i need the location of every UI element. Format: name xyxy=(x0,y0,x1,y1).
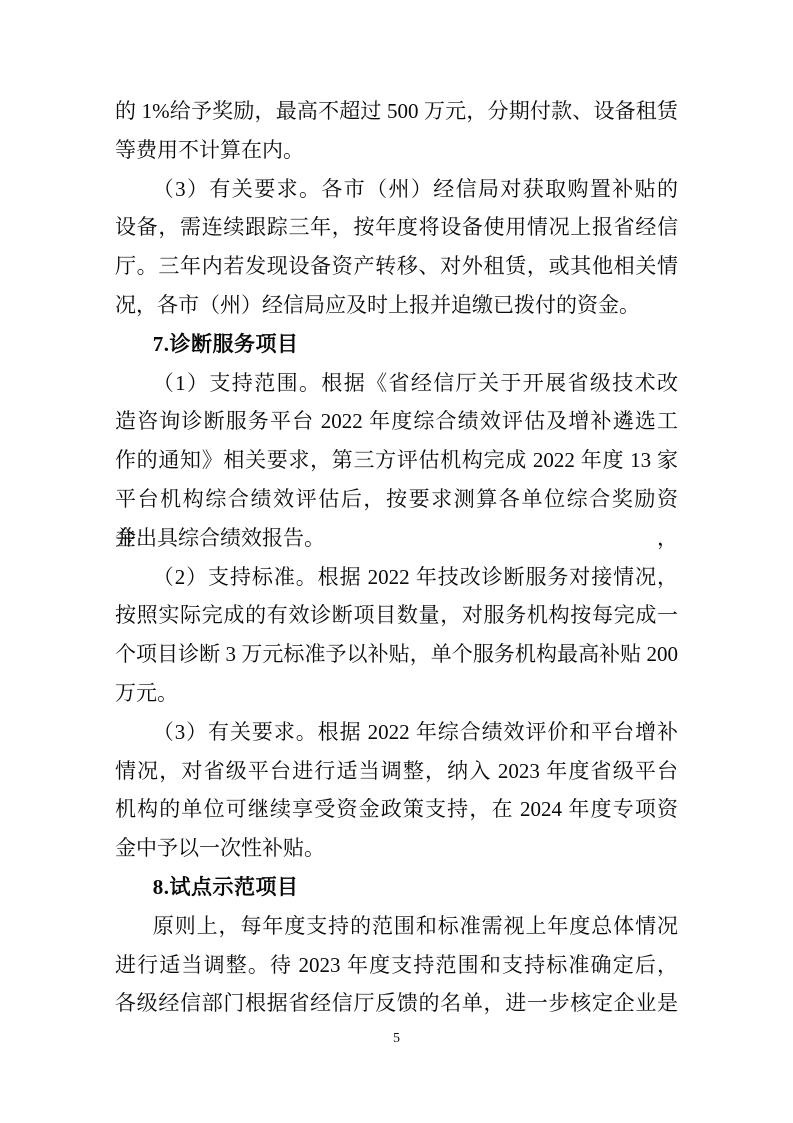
text-line: 造咨询诊断服务平台 2022 年度综合绩效评估及增补遴选工 xyxy=(115,402,678,441)
text-line: 情况，对省级平台进行适当调整，纳入 2023 年度省级平台 xyxy=(115,752,678,791)
text-line: 作的通知》相关要求，第三方评估机构完成 2022 年度 13 家 xyxy=(115,441,678,480)
text-line: （1）支持范围。根据《省经信厅关于开展省级技术改 xyxy=(115,364,678,403)
text-line: 机构的单位可继续享受资金政策支持，在 2024 年度专项资 xyxy=(115,790,678,829)
document-page: 的 1%给予奖励，最高不超过 500 万元，分期付款、设备租赁等费用不计算在内。… xyxy=(0,0,793,1123)
text-line: （2）支持标准。根据 2022 年技改诊断服务对接情况， xyxy=(115,558,678,597)
text-line: 7.诊断服务项目 xyxy=(115,325,678,364)
text-line: （3）有关要求。根据 2022 年综合绩效评价和平台增补 xyxy=(115,713,678,752)
text-line: 原则上，每年度支持的范围和标准需视上年度总体情况 xyxy=(115,907,678,946)
page-number: 5 xyxy=(0,1031,793,1047)
text-line: 8.试点示范项目 xyxy=(115,868,678,907)
text-line: （3）有关要求。各市（州）经信局对获取购置补贴的 xyxy=(115,170,678,209)
text-line: 按照实际完成的有效诊断项目数量，对服务机构按每完成一 xyxy=(115,596,678,635)
text-line: 况，各市（州）经信局应及时上报并追缴已拨付的资金。 xyxy=(115,286,678,325)
text-line: 平台机构综合绩效评估后，按要求测算各单位综合奖励资金， xyxy=(115,480,678,519)
text-line: 的 1%给予奖励，最高不超过 500 万元，分期付款、设备租赁 xyxy=(115,92,678,131)
text-line: 各级经信部门根据省经信厅反馈的名单，进一步核定企业是 xyxy=(115,984,678,1023)
text-line: 进行适当调整。待 2023 年度支持范围和支持标准确定后， xyxy=(115,946,678,985)
text-line: 厅。三年内若发现设备资产转移、对外租赁，或其他相关情 xyxy=(115,247,678,286)
text-line: 万元。 xyxy=(115,674,678,713)
text-line: 设备，需连续跟踪三年，按年度将设备使用情况上报省经信 xyxy=(115,208,678,247)
text-line: 个项目诊断 3 万元标准予以补贴，单个服务机构最高补贴 200 xyxy=(115,635,678,674)
text-line: 等费用不计算在内。 xyxy=(115,131,678,170)
document-body: 的 1%给予奖励，最高不超过 500 万元，分期付款、设备租赁等费用不计算在内。… xyxy=(115,92,678,1023)
text-line: 金中予以一次性补贴。 xyxy=(115,829,678,868)
